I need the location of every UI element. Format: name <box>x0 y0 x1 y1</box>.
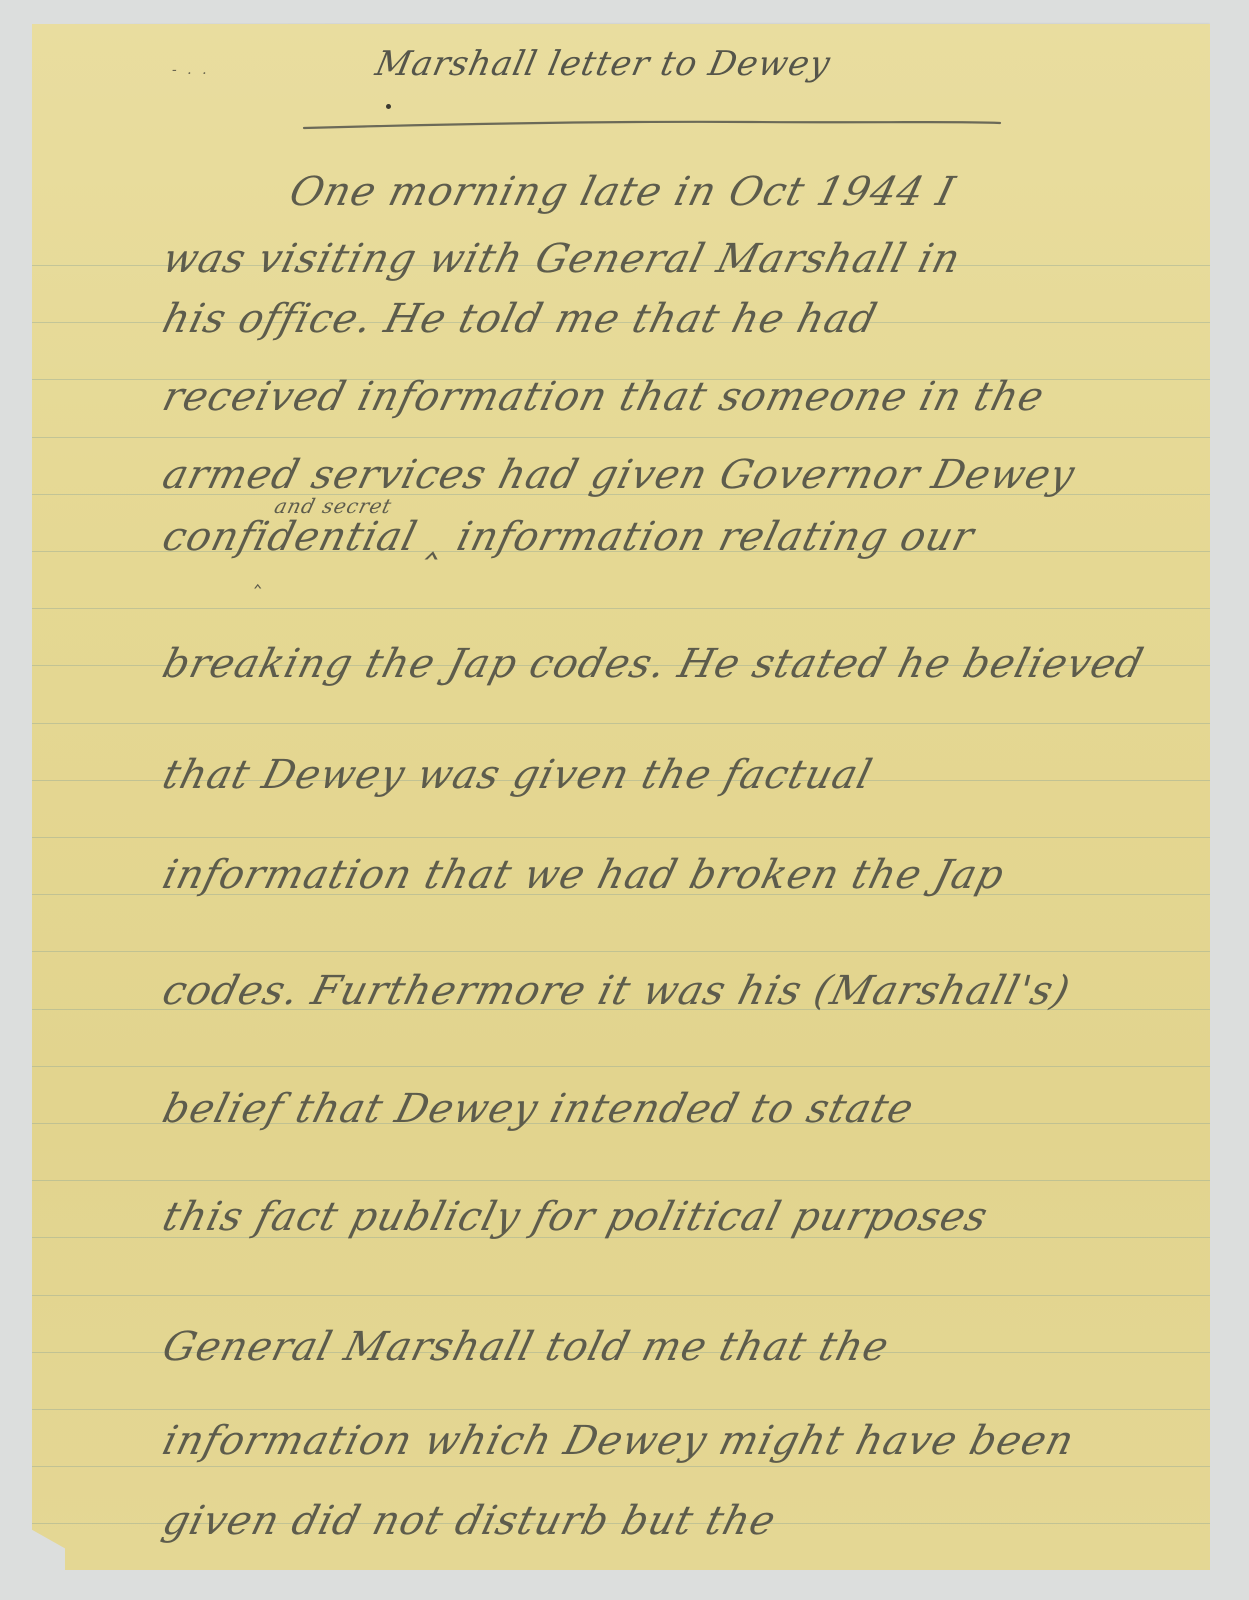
title-underline <box>302 118 1002 130</box>
text-line-15: given did not disturb but the <box>158 1498 781 1544</box>
text-line-14: information which Dewey might have been <box>158 1418 1079 1464</box>
ruled-line <box>32 1066 1210 1067</box>
corner-marks: - . . <box>172 62 210 78</box>
text-line-10: codes. Furthermore it was his (Marshall'… <box>158 968 1075 1014</box>
ruled-line <box>32 837 1210 838</box>
text-line-1: One morning late in Oct 1944 I <box>285 169 960 215</box>
pencil-dot <box>386 104 391 109</box>
text-line-7: breaking the Jap codes. He stated he bel… <box>158 641 1148 687</box>
text-line-5: armed services had given Governor Dewey <box>158 452 1080 498</box>
ruled-line <box>32 723 1210 724</box>
ruled-line <box>32 1466 1210 1467</box>
ruled-line <box>32 1180 1210 1181</box>
text-line-9: information that we had broken the Jap <box>158 852 1009 898</box>
text-line-3: his office. He told me that he had <box>158 296 882 342</box>
text-line-4: received information that someone in the <box>158 374 1049 420</box>
insertion-caret-icon: ‸ <box>254 564 261 589</box>
text-line-13: General Marshall told me that the <box>158 1324 894 1370</box>
text-line-6: confidential ‸ information relating our <box>158 514 979 560</box>
ruled-line <box>32 951 1210 952</box>
ruled-line <box>32 1409 1210 1410</box>
text-line-2: was visiting with General Marshall in <box>158 236 966 282</box>
ruled-line <box>32 608 1210 609</box>
text-line-11: belief that Dewey intended to state <box>158 1086 919 1132</box>
ruled-line <box>32 437 1210 438</box>
paper-sheet: - . . Marshall letter to Dewey One morni… <box>32 24 1210 1570</box>
document-title: Marshall letter to Dewey <box>372 44 834 84</box>
ruled-line <box>32 1295 1210 1296</box>
text-line-8: that Dewey was given the factual <box>158 752 877 798</box>
text-line-12: this fact publicly for political purpose… <box>158 1194 993 1240</box>
